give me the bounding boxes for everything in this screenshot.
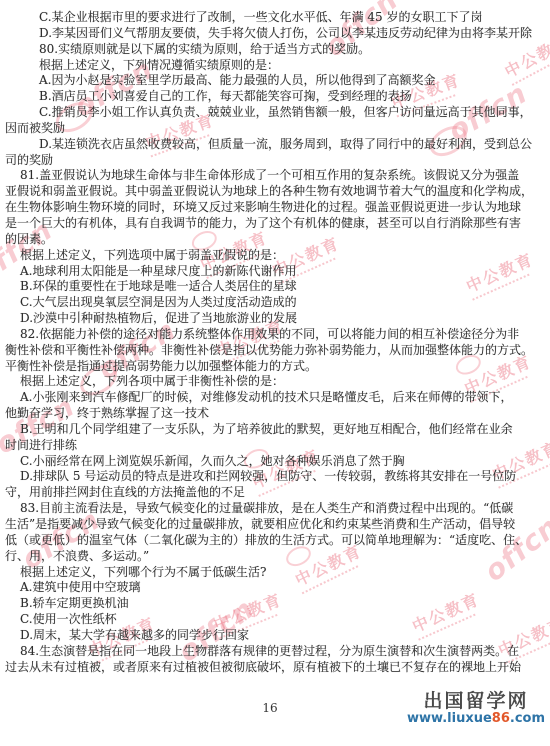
- text-lines: C.某企业根据市里的要求进行了改制，一些文化水平低、年满 45 岁的女职工下了岗…: [5, 10, 547, 675]
- text-line: C.推销员李小姐工作认真负责、兢兢业业，虽然销售额一般，但客户访问量远高于其他同…: [5, 105, 547, 121]
- text-line: 84.生态演替是指在同一地段上生物群落有规律的更替过程，分为原生演替和次生演替两…: [5, 644, 547, 660]
- text-line: B.王明和几个同学组建了一支乐队，为了培养彼此的默契，更好地互相配合，他们经常在…: [5, 422, 547, 438]
- text-line: 亚假说和弱盖亚假说。其中弱盖亚假说认为地球上的各种生物有效地调节着大气的温度和化…: [5, 184, 547, 200]
- text-line: 在生物体影响生物环境的同时，环境又反过来影响生物进化的过程。强盖亚假说更进一步认…: [5, 200, 547, 216]
- text-line: 是一个巨大的有机体，具有自我调节的能力，为了这个有机体的健康，甚至可以自行消除那…: [5, 216, 547, 232]
- text-line: 他勤奋学习，终于熟练掌握了这一技术: [5, 406, 547, 422]
- text-line: 根据上述定义，下列各项中属于非衡性补偿的是：: [5, 374, 547, 390]
- text-line: C.小丽经常在网上浏览娱乐新闻，久而久之，她对各种娱乐消息了然于胸: [5, 454, 547, 470]
- text-line: 生活”是指要减少导致气候变化的过量碳排放，就要相应优化和约束某些消费和生产活动，…: [5, 517, 547, 533]
- text-line: A.小张刚来到汽车修配厂的时候，对维修发动机的技术只是略懂皮毛，后来在师傅的带领…: [5, 390, 547, 406]
- text-line: B.轿车定期更换机油: [5, 596, 547, 612]
- text-line: D.沙漠中引种耐热植物后，促进了当地旅游业的发展: [5, 311, 547, 327]
- site-url-highlight: 86: [492, 711, 510, 726]
- site-url-suffix: .com: [510, 711, 545, 726]
- text-line: 因而被奖励: [5, 121, 547, 137]
- text-line: 过去从未有过植被，或者原来有过植被但被彻底破坏，原有植被下的土壤已不复存在的裸地…: [5, 660, 547, 676]
- text-line: 83.目前主流看法是，导致气候变化的过量碳排放，是在人类生产和消费过程中出现的。…: [5, 501, 547, 517]
- text-line: 行、用，不浪费、多运动。”: [5, 549, 547, 565]
- text-line: A.建筑中使用中空玻璃: [5, 580, 547, 596]
- text-line: 82.依据能力补偿的途径对能力系统整体作用效果的不同，可以将能力间的相互补偿途径…: [5, 327, 547, 343]
- text-line: 的因素。: [5, 232, 547, 248]
- text-line: C.使用一次性纸杯: [5, 612, 547, 628]
- text-line: C.某企业根据市里的要求进行了改制，一些文化水平低、年满 45 岁的女职工下了岗: [5, 10, 547, 26]
- text-line: A.地球利用太阳能是一种星球尺度上的新陈代谢作用: [5, 264, 547, 280]
- text-line: D.李某因哥们义气帮朋友要债，失手将欠债人打伤，公司以李某违反劳动纪律为由将李某…: [5, 26, 547, 42]
- text-line: 根据上述定义，下列情况遵循实绩原则的是：: [5, 58, 547, 74]
- site-name: 出国留学网: [407, 691, 545, 712]
- site-url: www.liuxue86.com: [407, 712, 545, 726]
- text-line: 根据上述定义，下列哪个行为不属于低碳生活?: [5, 565, 547, 581]
- text-line: 81.盖亚假说认为地球生命体与非生命体形成了一个可相互作用的复杂系统。该假说又分…: [5, 168, 547, 184]
- text-line: B.酒店员工小刘喜爱自己的工作，每天都能笑容可掬，受到经理的表扬: [5, 89, 547, 105]
- liuxue86-logo: 出国留学网 www.liuxue86.com: [407, 691, 545, 726]
- text-line: 根据上述定义，下列选项中属于弱盖亚假说的是：: [5, 248, 547, 264]
- text-line: C.大气层出现臭氧层空洞是因为人类过度活动造成的: [5, 295, 547, 311]
- text-line: D.周末，某大学有越来越多的同学步行回家: [5, 628, 547, 644]
- text-line: D.某连锁洗衣店虽然收费较高，但质量一流，服务周到，取得了同行中的最好利润，受到…: [5, 137, 547, 153]
- text-line: 80.实绩原则就是以下属的实绩为原则，给于适当方式的奖励。: [5, 42, 547, 58]
- text-line: A.因为小赵是实验室里学历最高、能力最强的人员，所以他得到了高额奖金: [5, 73, 547, 89]
- text-line: 衡性补偿和平衡性补偿两种。非衡性补偿是指以优势能力弥补弱势能力，从而加强整体能力…: [5, 343, 547, 359]
- text-line: 守，用前排拦网封住直线的方法掩盖他的不足: [5, 485, 547, 501]
- text-line: B.环保的重要性在于地球是唯一适合人类居住的星球: [5, 279, 547, 295]
- text-line: 司的奖励: [5, 153, 547, 169]
- site-url-prefix: www.liuxue: [407, 711, 492, 726]
- text-line: D.排球队 5 号运动员的特点是进攻和拦网较强，但防守、一传较弱，教练将其安排在…: [5, 469, 547, 485]
- text-line: 时间进行排练: [5, 438, 547, 454]
- document-page: offcn中公教育中公教育offcnoffcn中公教育offcn中公教育中公教育…: [0, 0, 550, 746]
- text-line: 低（或更低）的温室气体（二氧化碳为主的）排放的生活方式。可以简单地理解为：“适度…: [5, 533, 547, 549]
- text-line: 平衡性补偿是指通过提高弱势能力以加强整体能力的方式。: [5, 359, 547, 375]
